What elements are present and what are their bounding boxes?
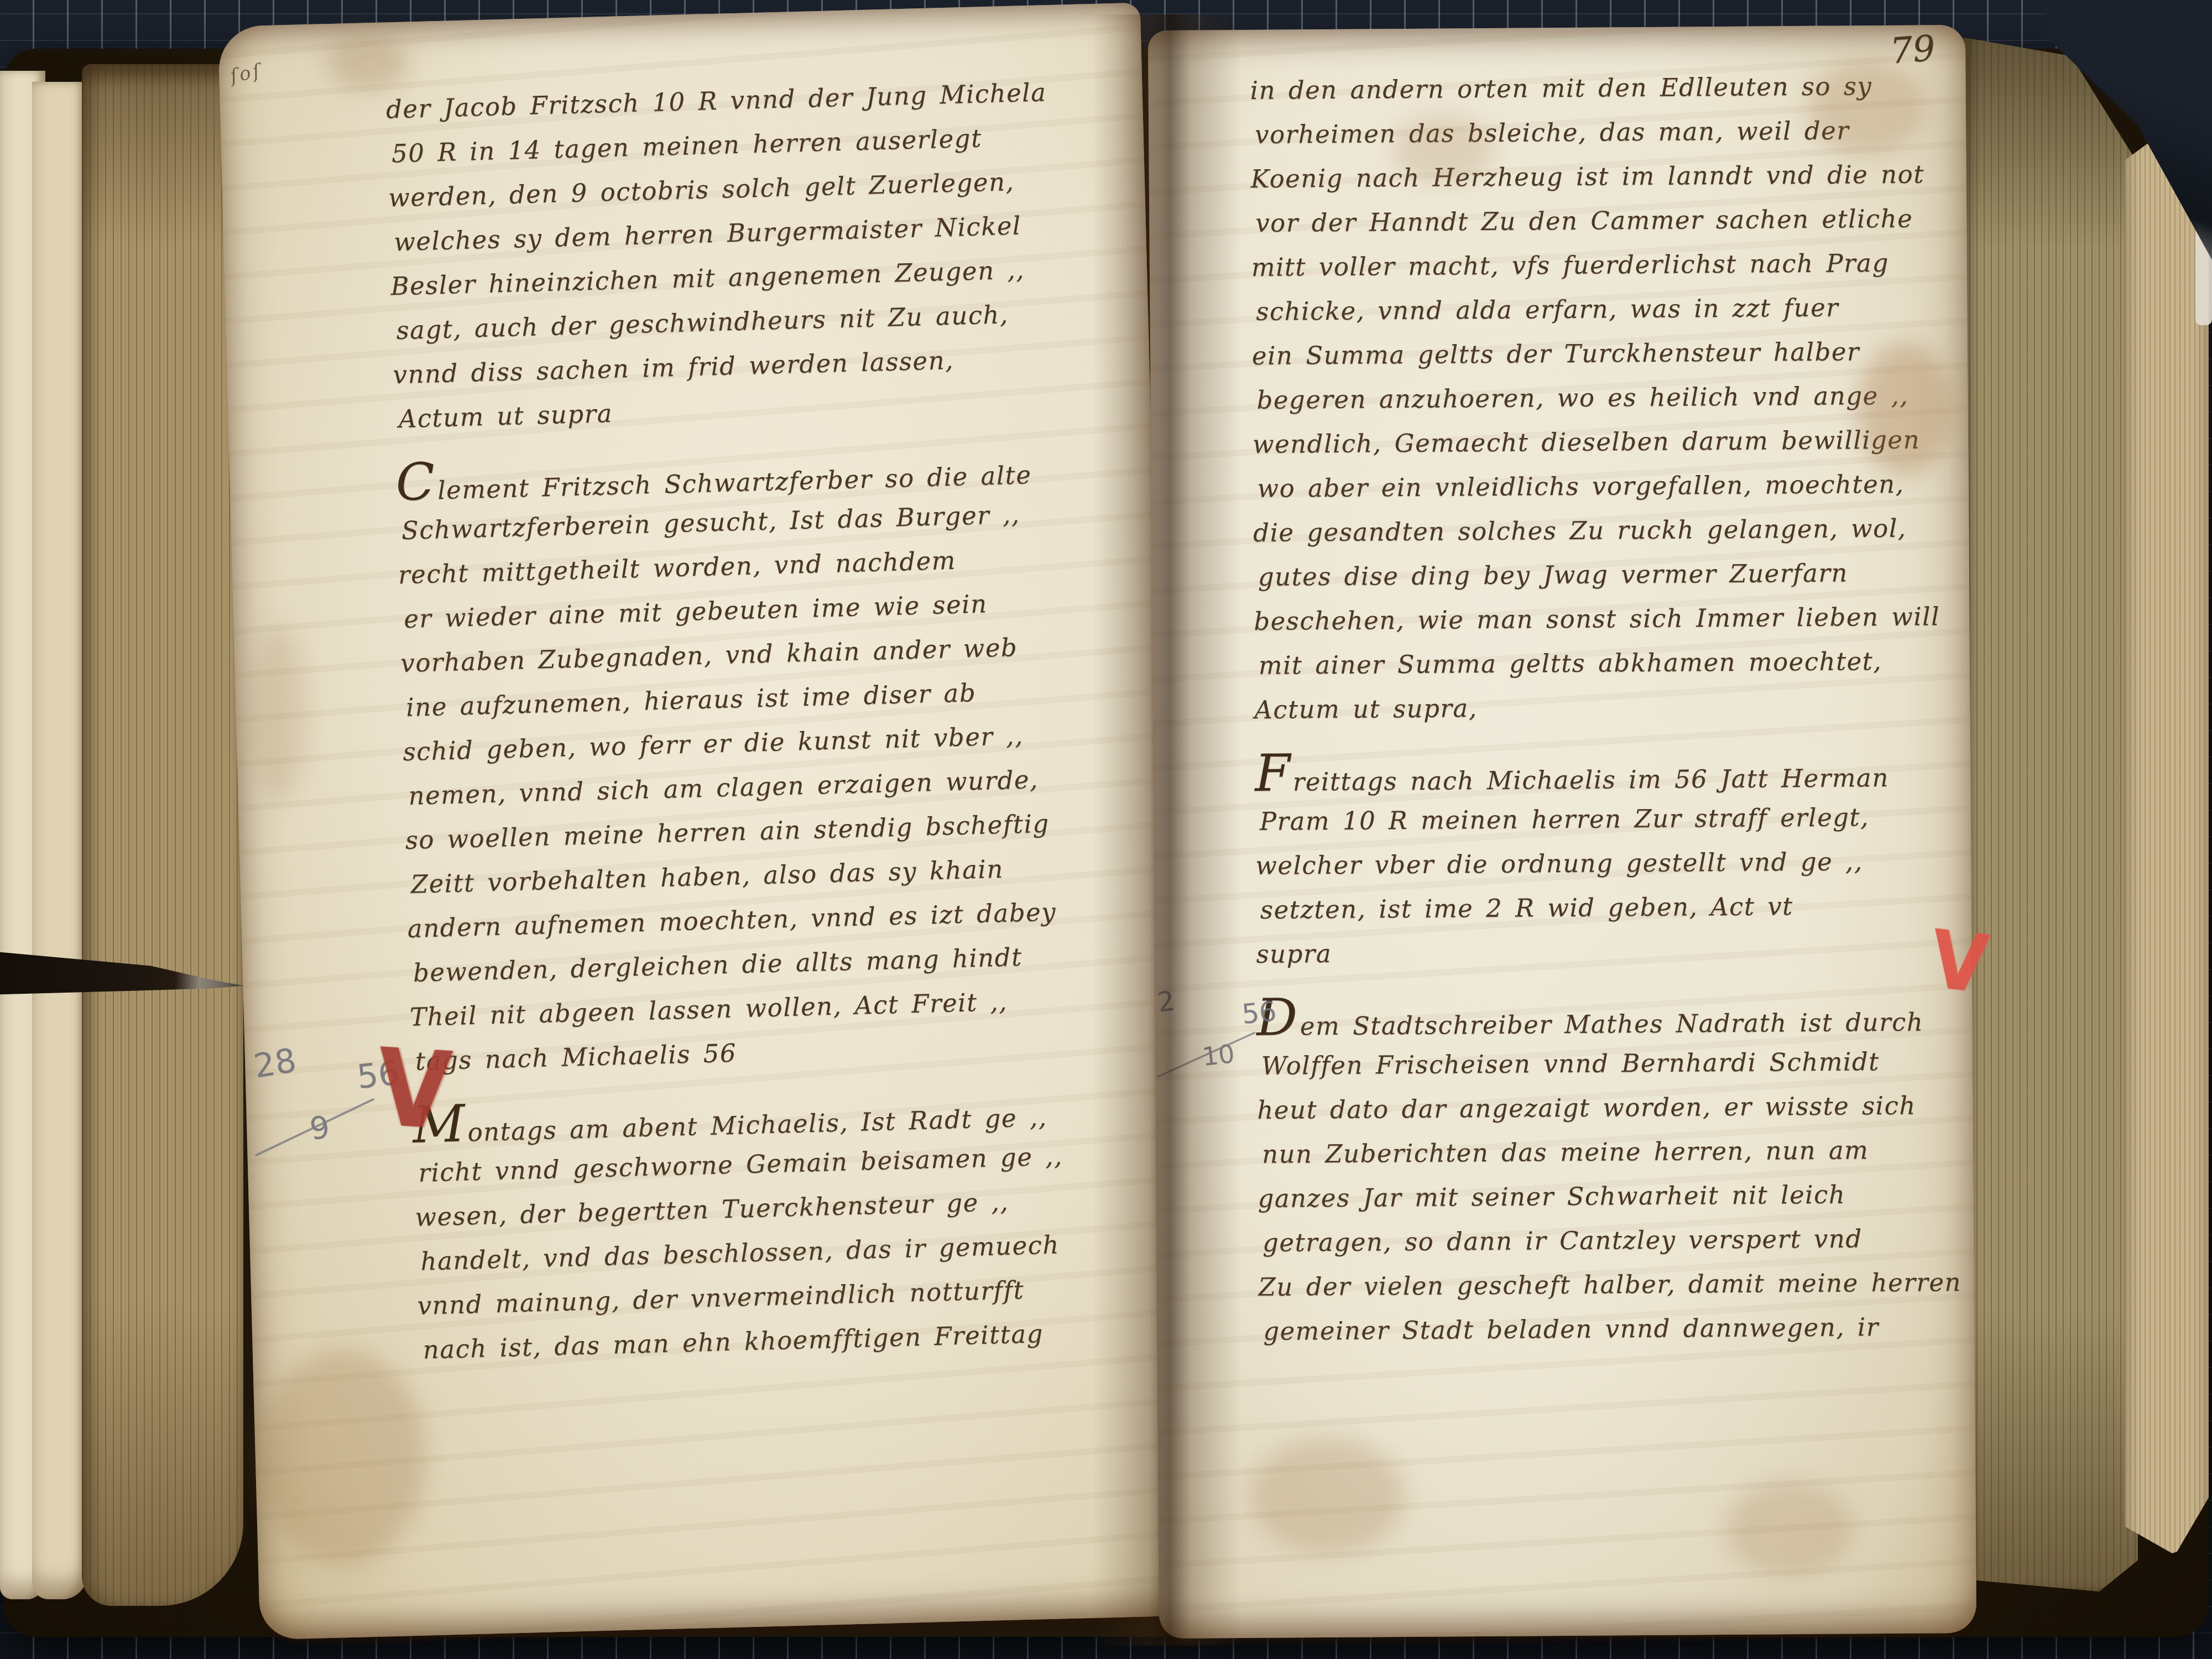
right-fore-edge-stack-outer — [2125, 117, 2209, 1555]
manuscript-line: gutes dise ding bey Jwag vermer Zuerfarn — [1258, 550, 1961, 599]
manuscript-text-right: in den andern orten mit den Edlleuten so… — [1250, 64, 1966, 1377]
manuscript-line: Freittags nach Michaelis im 56 Jatt Herm… — [1255, 750, 1963, 800]
manuscript-line: vor der Hanndt Zu den Cammer sachen etli… — [1255, 196, 1959, 246]
manuscript-line: ganzes Jar mit seiner Schwarheit nit lei… — [1258, 1172, 1966, 1221]
manuscript-line: gemeiner Stadt beladen vnnd dannwegen, i… — [1263, 1305, 1967, 1354]
manuscript-line: beschehen, wie man sonst sich Immer lieb… — [1254, 594, 1962, 644]
manuscript-text-left: der Jacob Fritzsch 10 R vnnd der Jung Mi… — [385, 69, 1149, 1396]
margin-date-left: 28 9 56 — [250, 1041, 397, 1183]
manuscript-line: Zu der vielen gescheft halber, damit mei… — [1258, 1260, 1966, 1310]
margin-date-right: 2 10 56 — [1155, 985, 1274, 1099]
manuscript-line: vorheimen das bsleiche, das man, weil de… — [1255, 108, 1959, 157]
manuscript-line: Wolffen Frischeisen vnnd Bernhardi Schmi… — [1261, 1039, 1965, 1088]
corner-ink-mark: ſoſ — [228, 60, 264, 88]
manuscript-line: mitt voller macht, vfs fuerderlichst nac… — [1251, 241, 1960, 290]
manuscript-line: heut dato dar angezaigt worden, er wisst… — [1257, 1083, 1965, 1133]
manuscript-paragraph: Clement Fritzsch Schwartzferber so die a… — [395, 446, 1141, 1084]
manuscript-paragraph: Montags am abent Michaelis, Ist Radt ge … — [412, 1088, 1149, 1372]
margin-date-numerator: 2 — [1155, 985, 1177, 1019]
manuscript-line: die gesandten solches Zu ruckh gelangen,… — [1253, 506, 1961, 555]
manuscript-line: supra — [1256, 927, 1964, 977]
red-checkmark-left: V — [374, 1025, 455, 1154]
left-page-edge-layer — [32, 82, 87, 1599]
manuscript-photo: ſoſ der Jacob Fritzsch 10 R vnnd der Jun… — [0, 0, 2212, 1659]
manuscript-line: welcher vber die ordnung gestellt vnd ge… — [1255, 839, 1964, 888]
manuscript-paragraph: Dem Stadtschreiber Mathes Nadrath ist du… — [1256, 995, 1966, 1354]
left-fore-edge-stack — [82, 64, 243, 1606]
manuscript-line: setzten, ist ime 2 R wid geben, Act vt — [1260, 883, 1964, 932]
manuscript-line: Pram 10 R meinen herren Zur straff erleg… — [1260, 795, 1964, 844]
manuscript-paragraph: in den andern orten mit den Edlleuten so… — [1250, 64, 1962, 732]
right-fore-edge-stack — [1962, 31, 2138, 1592]
manuscript-line: schicke, vnnd alda erfarn, was in zzt fu… — [1256, 285, 1960, 334]
manuscript-line: begeren anzuhoeren, wo es heilich vnd an… — [1256, 373, 1960, 422]
manuscript-line: ein Summa geltts der Turckhensteur halbe… — [1252, 329, 1960, 378]
manuscript-line: getragen, so dann ir Cantzley verspert v… — [1262, 1216, 1966, 1265]
margin-date-denominator: 9 — [307, 1109, 332, 1147]
red-checkmark-right: V — [1926, 912, 1992, 1012]
manuscript-line: Actum ut supra, — [1254, 683, 1963, 732]
manuscript-paragraph: der Jacob Fritzsch 10 R vnnd der Jung Mi… — [385, 69, 1124, 441]
manuscript-line: Koenig nach Herzheug ist im lanndt vnd d… — [1250, 152, 1959, 201]
manuscript-line: in den andern orten mit den Edlleuten so… — [1250, 64, 1958, 113]
manuscript-line: mit ainer Summa geltts abkhamen moechtet… — [1259, 639, 1963, 688]
manuscript-line: wendlich, Gemaecht dieselben darum bewil… — [1253, 418, 1961, 467]
left-page: ſoſ der Jacob Fritzsch 10 R vnnd der Jun… — [218, 3, 1182, 1640]
manuscript-line: wo aber ein vnleidlichs vorgefallen, moe… — [1257, 462, 1961, 511]
margin-date-denominator: 10 — [1201, 1039, 1236, 1072]
manuscript-paragraph: Freittags nach Michaelis im 56 Jatt Herm… — [1255, 750, 1964, 977]
margin-date-numerator: 28 — [251, 1041, 299, 1086]
manuscript-line: nun Zuberichten das meine herren, nun am — [1262, 1128, 1966, 1177]
right-page: 79 in den andern orten mit den Edlleuten… — [1148, 25, 1976, 1639]
margin-year: 56 — [1240, 995, 1278, 1030]
manuscript-line: Dem Stadtschreiber Mathes Nadrath ist du… — [1256, 995, 1965, 1044]
